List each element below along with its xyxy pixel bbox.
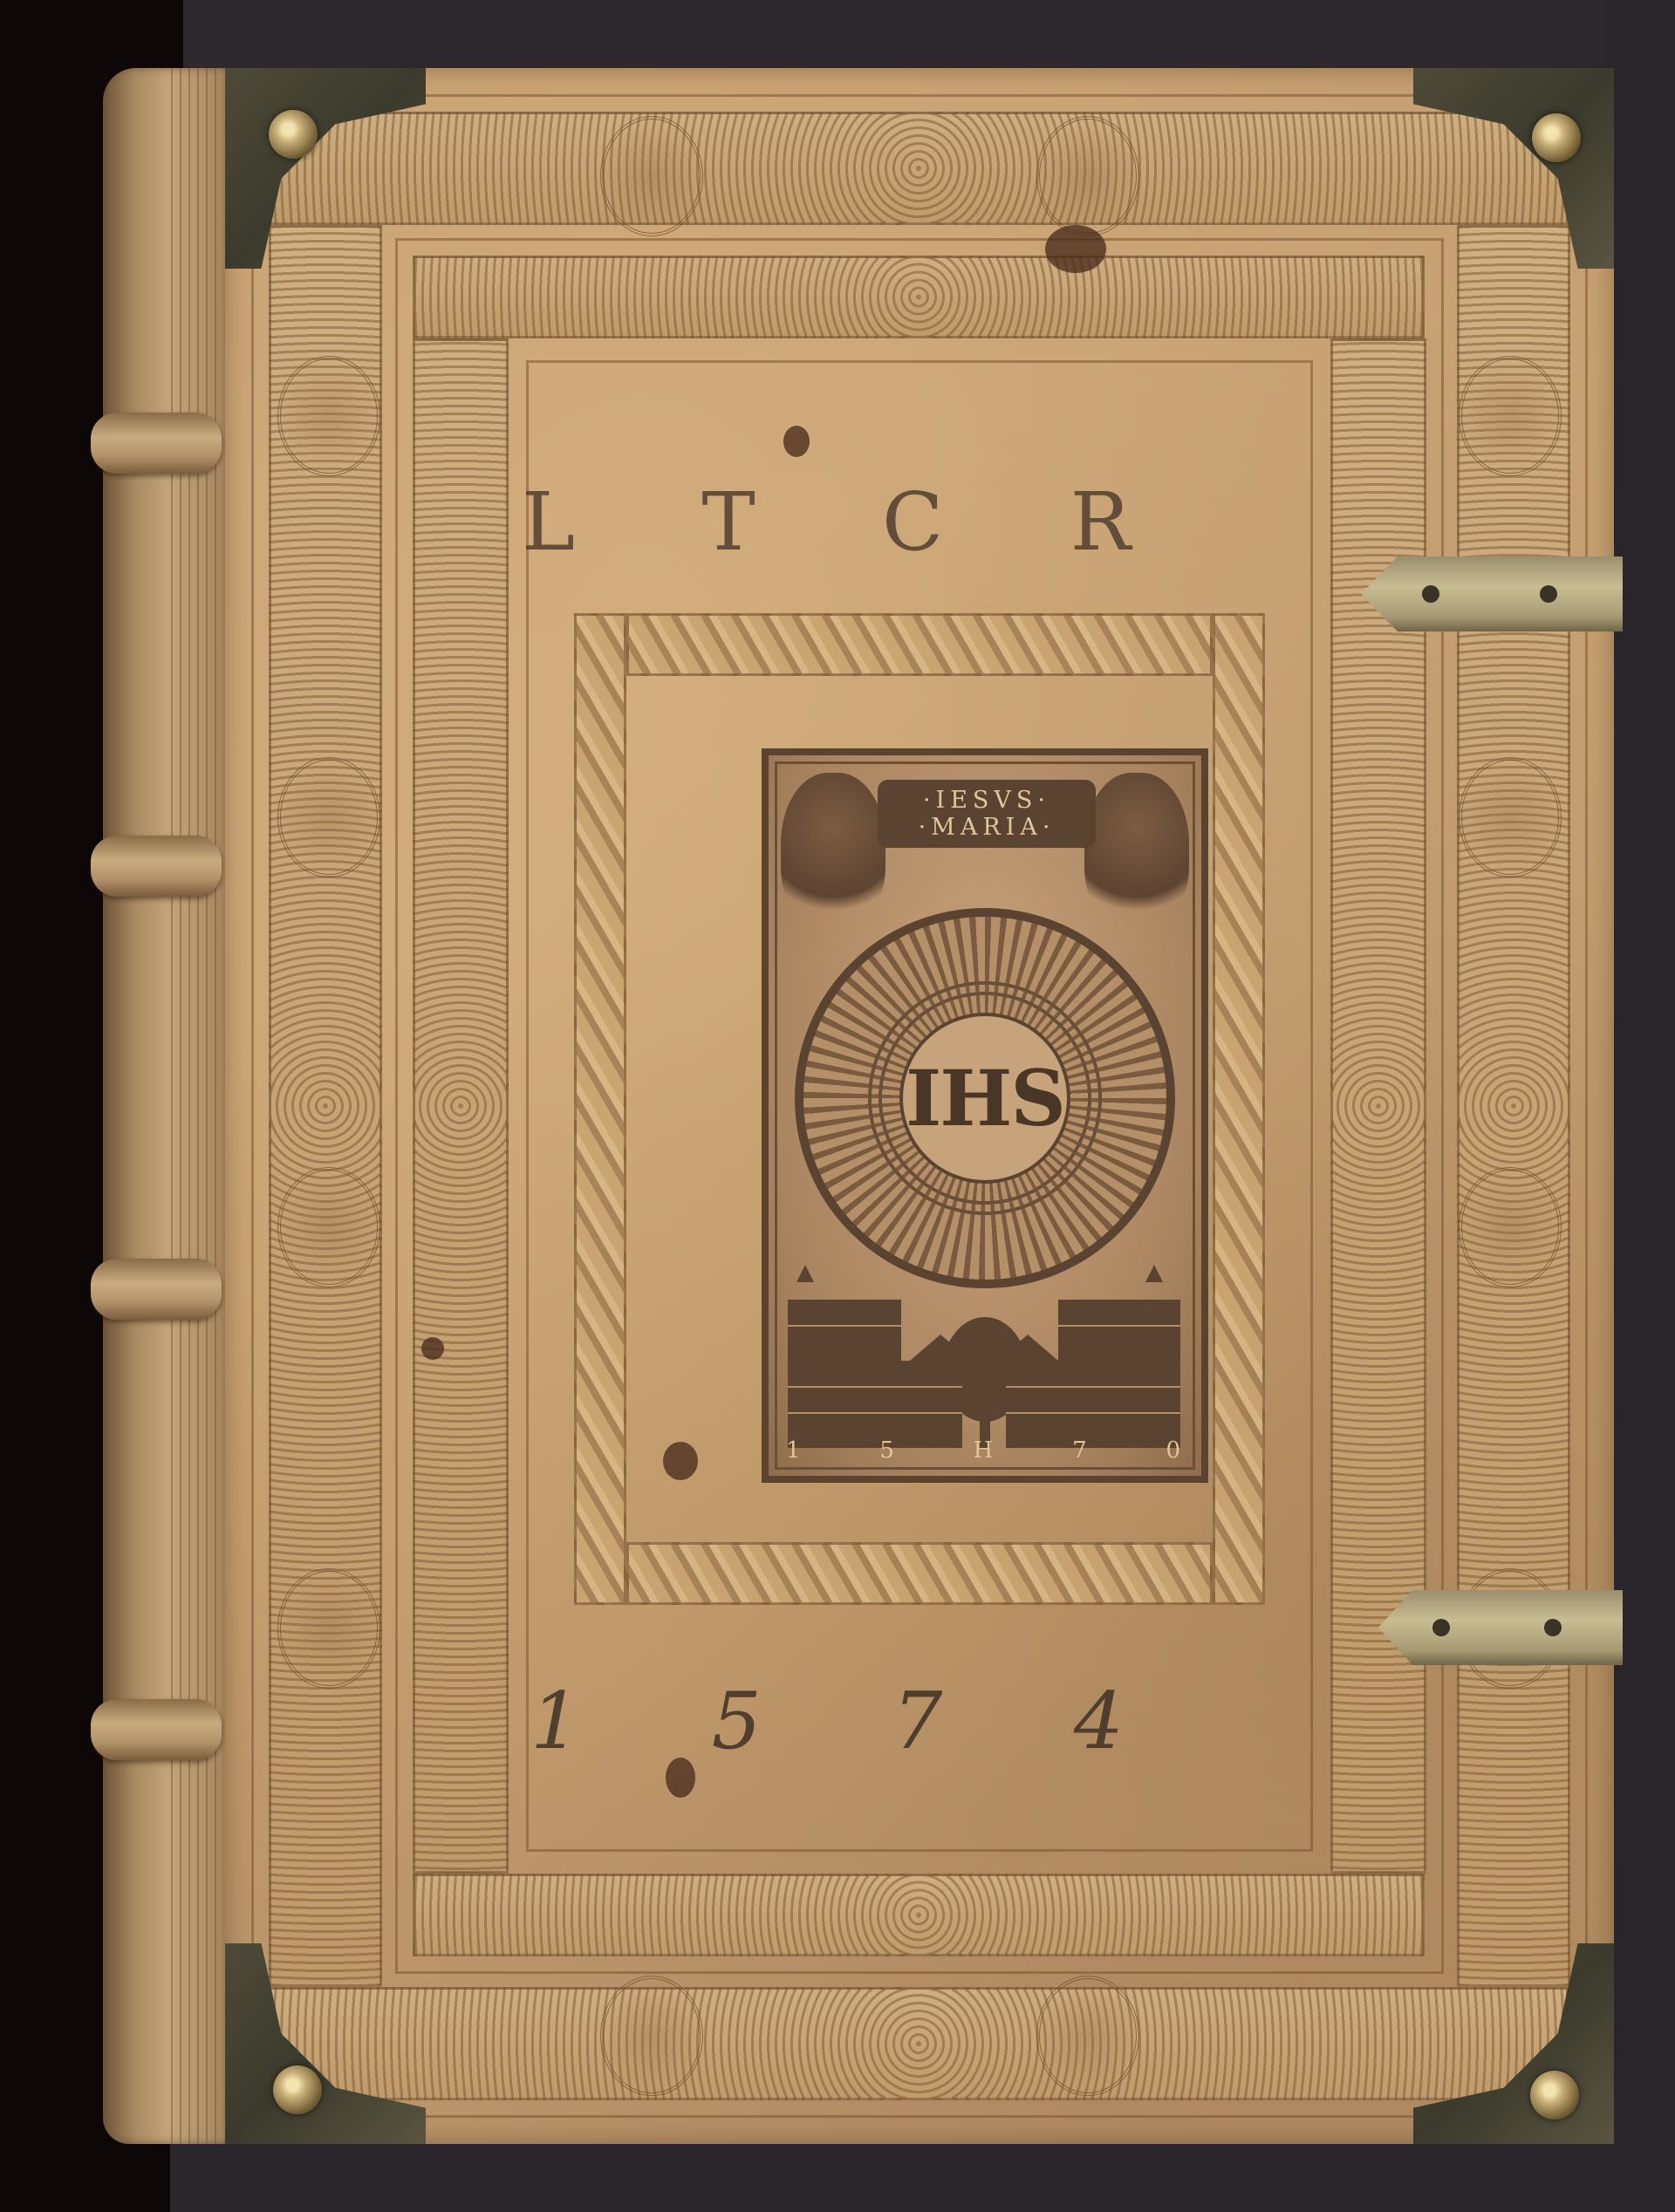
- portrait-medallion: [277, 1568, 380, 1689]
- backdrop-top: [183, 0, 1675, 70]
- second-top-roll: [413, 256, 1425, 338]
- banner-line-iesvs: ·IESVS·: [923, 787, 1050, 814]
- angel-right-icon: [1084, 773, 1189, 930]
- angel-left-icon: [781, 773, 885, 930]
- stain: [663, 1442, 698, 1480]
- portrait-medallion: [600, 1976, 703, 2096]
- top-border-roll: [269, 112, 1569, 225]
- front-board: L T C R 1 5 7 4 ·IESVS· ·MARIA· IHS: [225, 68, 1614, 2144]
- panel-year-char: 1: [786, 1437, 801, 1464]
- stamp-letter: T: [701, 475, 756, 569]
- portrait-medallion: [1459, 757, 1562, 877]
- spine-band: [91, 1259, 222, 1320]
- second-bottom-roll: [413, 1874, 1425, 1956]
- second-left-roll: [413, 338, 509, 1874]
- clasp-upper: [1361, 556, 1623, 632]
- ihs-center-panel: ·IESVS· ·MARIA· IHS: [762, 748, 1208, 1483]
- portrait-medallion: [277, 757, 380, 877]
- portrait-medallion: [277, 356, 380, 476]
- rope-border-right: [1213, 613, 1265, 1605]
- owner-initials: L T C R: [522, 461, 1132, 583]
- portrait-medallion: [1459, 356, 1562, 476]
- portrait-medallion: [1036, 1976, 1139, 2096]
- stain: [666, 1758, 695, 1798]
- date-digit: 5: [712, 1676, 762, 1767]
- left-border-roll: [269, 225, 382, 1987]
- date-digit: 4: [1074, 1676, 1124, 1767]
- rope-border-bottom: [626, 1542, 1213, 1605]
- clasp-rivet-icon: [1422, 585, 1439, 603]
- spine-band: [91, 1699, 222, 1760]
- stamp-letter: R: [1070, 475, 1132, 569]
- corner-rivet-icon: [1532, 113, 1581, 162]
- backdrop-bottom: [170, 2142, 1675, 2212]
- panel-year-char: H: [974, 1437, 994, 1464]
- binding-date: 1 5 7 4: [530, 1664, 1124, 1778]
- date-digit: 7: [892, 1676, 942, 1767]
- rope-border-left: [574, 613, 626, 1605]
- date-digit: 1: [530, 1676, 580, 1767]
- clasp-rivet-icon: [1540, 585, 1557, 603]
- seal-center: IHS: [899, 1013, 1070, 1184]
- spine-tooling: [164, 68, 216, 2144]
- banner-line-maria: ·MARIA·: [919, 814, 1056, 841]
- spine: [103, 68, 234, 2144]
- clasp-rivet-icon: [1432, 1619, 1450, 1636]
- clasp-rivet-icon: [1544, 1619, 1562, 1636]
- spine-band: [91, 836, 222, 897]
- panel-year-char: 5: [879, 1437, 894, 1464]
- stain: [783, 426, 810, 457]
- corner-rivet-icon: [1530, 2071, 1579, 2120]
- stamp-letter: C: [882, 475, 945, 569]
- panel-year: 1 5 H 7 0: [786, 1437, 1180, 1464]
- clasp-lower: [1378, 1590, 1623, 1665]
- corner-rivet-icon: [269, 110, 318, 159]
- spine-band: [91, 413, 222, 474]
- rope-border-top: [626, 613, 1213, 676]
- portrait-medallion: [1036, 116, 1139, 236]
- panel-year-char: 7: [1072, 1437, 1087, 1464]
- stamp-letter: L: [522, 475, 577, 569]
- portrait-medallion: [1459, 1167, 1562, 1287]
- ihs-monogram: IHS: [906, 1053, 1064, 1144]
- bottom-border-roll: [269, 1987, 1569, 2100]
- panel-year-char: 0: [1166, 1437, 1180, 1464]
- portrait-medallion: [600, 116, 703, 236]
- right-border-roll: [1457, 225, 1570, 1987]
- stain: [1045, 225, 1106, 273]
- book: L T C R 1 5 7 4 ·IESVS· ·MARIA· IHS: [103, 68, 1614, 2144]
- sunburst-seal: IHS: [795, 908, 1175, 1288]
- town-buildings-icon: [779, 1265, 1191, 1465]
- portrait-medallion: [277, 1167, 380, 1287]
- corner-rivet-icon: [273, 2065, 322, 2114]
- backdrop-right: [1605, 0, 1675, 2212]
- stain: [421, 1337, 444, 1360]
- scroll-banner: ·IESVS· ·MARIA·: [878, 780, 1096, 848]
